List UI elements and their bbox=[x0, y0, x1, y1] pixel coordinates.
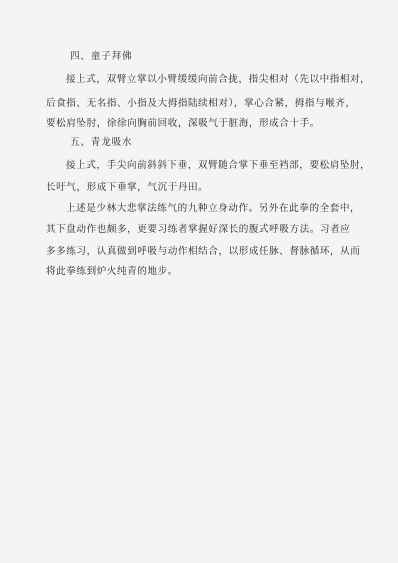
paragraph-line: 接上式，双臂立掌以小臂缓缓向前合拢，指尖相对（先以中指相对， bbox=[66, 74, 370, 86]
paragraph-line: 要松肩坠肘，徐徐向胸前回收，深吸气于脏海，形成合十手。 bbox=[46, 118, 320, 130]
paragraph-line: 接上式，手尖向前斜斜下垂，双臂随合掌下垂至裆部，要松肩坠肘， bbox=[66, 160, 370, 172]
summary-line: 将此拳练到炉火纯青的地步。 bbox=[46, 266, 178, 278]
summary-line: 多多练习，认真做到呼吸与动作相结合，以形成任脉、督脉循环，从而 bbox=[46, 246, 360, 258]
section-heading-tongzi-baifo: 四、童子拜佛 bbox=[70, 51, 132, 63]
paragraph-line: 长吁气，形成下垂掌，气沉于丹田。 bbox=[46, 182, 208, 194]
document-page: 四、童子拜佛 接上式，双臂立掌以小臂缓缓向前合拢，指尖相对（先以中指相对， 后食… bbox=[0, 0, 398, 563]
paragraph-line: 后食指、无名指、小指及大拇指陆续相对），掌心合紧，拇指与喉齐， bbox=[46, 98, 356, 110]
summary-line: 上述是少林大悲掌法练气的九种立身动作。另外在此拳的全套中， bbox=[66, 203, 360, 215]
section-heading-qinglong-xishui: 五、青龙吸水 bbox=[70, 137, 132, 149]
summary-line: 其下盘动作也颇多，更要习练者掌握好深长的腹式呼吸方法。习者应 bbox=[46, 224, 350, 236]
